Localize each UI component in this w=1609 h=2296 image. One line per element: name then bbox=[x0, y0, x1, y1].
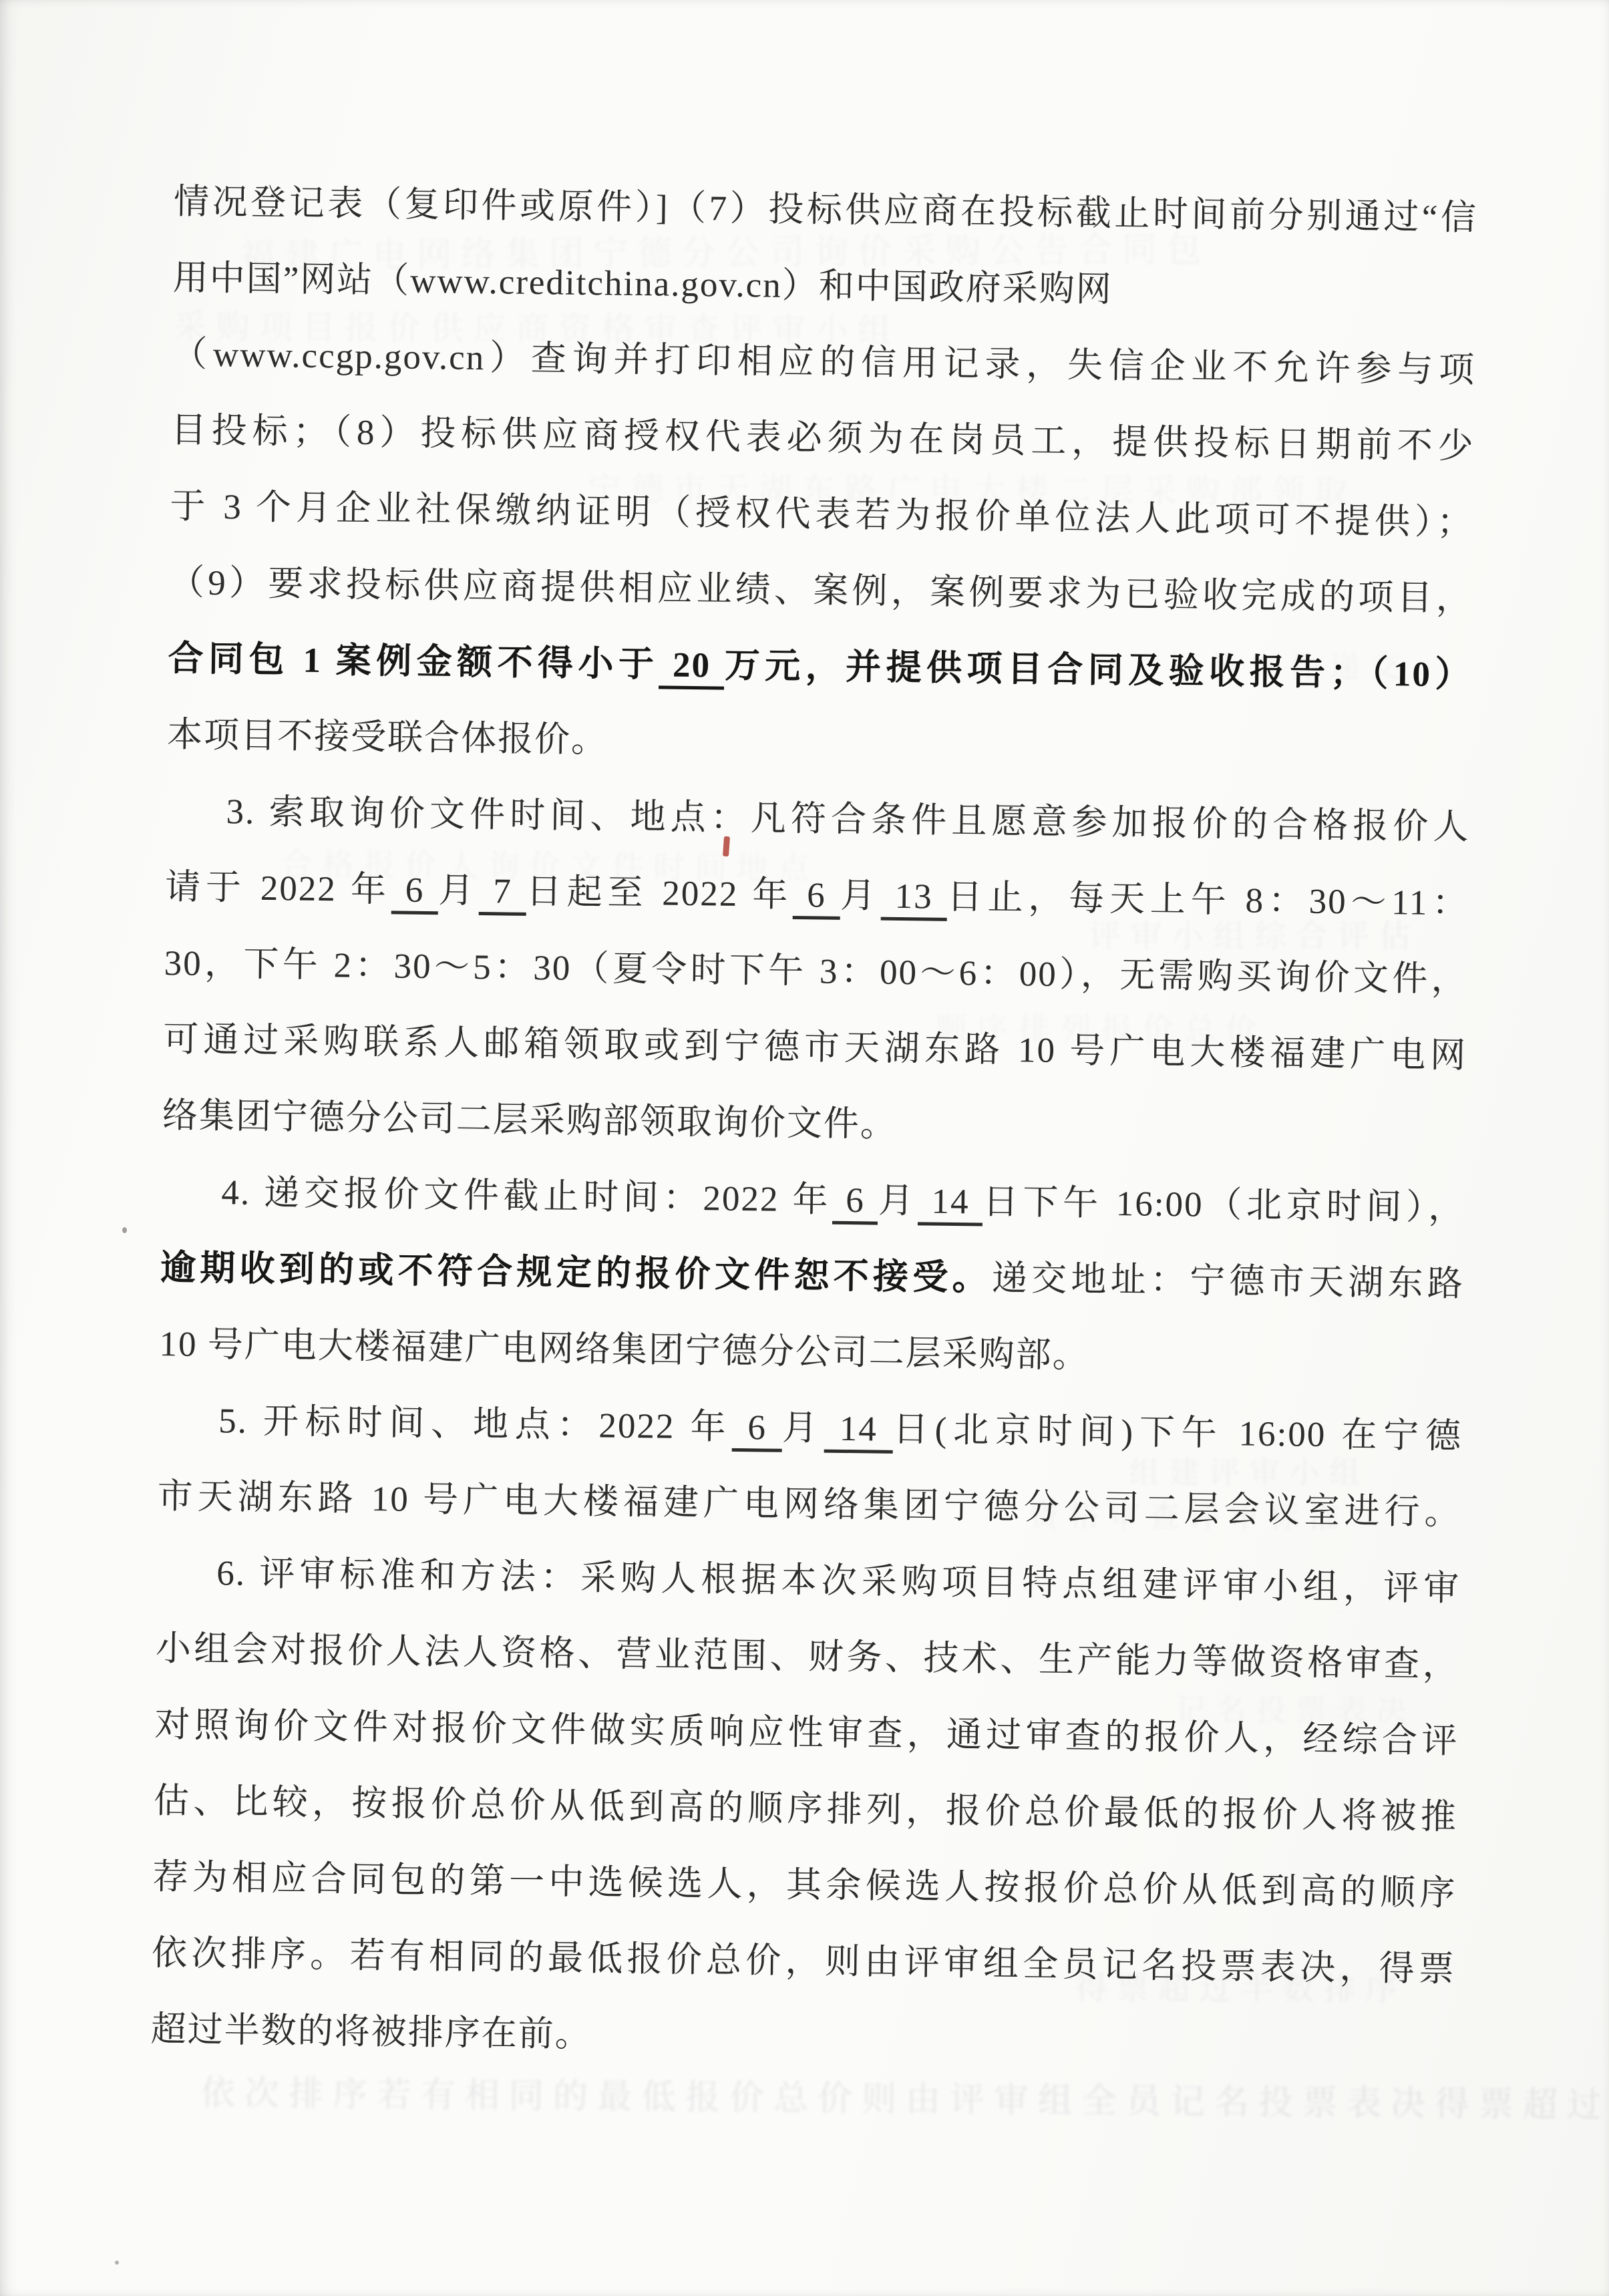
text-segment: 日止，每天上午 8：30～11： bbox=[946, 878, 1469, 923]
text-segment: 日起至 2022 年 bbox=[526, 872, 793, 915]
text-segment: 月 bbox=[782, 1409, 825, 1448]
text-segment: （www.ccgp.gov.cn）查询并打印相应的信用记录，失信企业不允许参与项 bbox=[172, 335, 1476, 390]
scan-speck bbox=[115, 2261, 119, 2265]
underlined-value: 14 bbox=[918, 1182, 983, 1226]
text-segment: 逾期收到的或不符合规定的报价文件恕不接受。 bbox=[160, 1249, 993, 1298]
document-text-block: 情况登记表（复印件或原件）]（7）投标供应商在投标截止时间前分别通过“信用中国”… bbox=[150, 164, 1478, 2084]
text-segment: 超过半数的将被排序在前。 bbox=[150, 2010, 592, 2054]
underlined-value: 20 bbox=[659, 645, 725, 689]
text-segment: 日(北京时间)下午 16:00 在宁德 bbox=[893, 1410, 1463, 1456]
text-segment: 万元，并提供项目合同及验收报告；（10） bbox=[724, 647, 1471, 695]
underlined-value: 6 bbox=[793, 876, 840, 920]
text-segment: 4. 递交报价文件截止时间：2022 年 bbox=[221, 1173, 833, 1219]
text-segment: 用中国”网站（www.creditchina.gov.cn）和中国政府采购网 bbox=[172, 259, 1113, 309]
text-segment: （9）要求投标供应商提供相应业绩、案例，案例要求为已验收完成的项目， bbox=[169, 563, 1473, 619]
text-segment: 于 3 个月企业社保缴纳证明（授权代表若为报价单位法人此项可不提供）； bbox=[170, 487, 1474, 542]
underlined-value: 14 bbox=[824, 1410, 893, 1454]
underlined-value: 13 bbox=[880, 877, 947, 921]
text-segment: 络集团宁德分公司二层采购部领取询价文件。 bbox=[162, 1096, 898, 1144]
underlined-value: 6 bbox=[391, 870, 438, 915]
text-segment: 可通过采购联系人邮箱领取或到宁德市天湖东路 10 号广电大楼福建广电网 bbox=[163, 1020, 1467, 1076]
scanned-document-page: 福建广电网络集团宁德分公司询价采购公告合同包采购项目报价供应商资格审查评审小组宁… bbox=[0, 0, 1609, 2296]
text-segment: 小组会对报价人法人资格、营业范围、财务、技术、生产能力等做资格审查， bbox=[156, 1629, 1460, 1685]
text-segment: 6. 评审标准和方法：采购人根据本次采购项目特点组建评审小组，评审 bbox=[216, 1554, 1461, 1608]
text-segment: 对照询价文件对报价文件做实质响应性审查，通过审查的报价人，经综合评 bbox=[154, 1705, 1459, 1761]
text-segment: 日下午 16:00（北京时间）， bbox=[982, 1183, 1465, 1228]
text-segment: 请于 2022 年 bbox=[165, 868, 391, 909]
text-segment: 市天湖东路 10 号广电大楼福建广电网络集团宁德分公司二层会议室进行。 bbox=[157, 1477, 1461, 1532]
underlined-value: 7 bbox=[479, 872, 526, 916]
text-segment: 月 bbox=[840, 876, 881, 916]
text-segment: 10 号广电大楼福建广电网络集团宁德分公司二层采购部。 bbox=[159, 1325, 1089, 1375]
text-segment: 估、比较，按报价总价从低到高的顺序排列，报价总价最低的报价人将被推 bbox=[154, 1782, 1458, 1837]
text-segment: 3. 索取询价文件时间、地点：凡符合条件且愿意参加报价的合格报价人 bbox=[226, 792, 1470, 846]
text-segment: 本项目不接受联合体报价。 bbox=[167, 715, 608, 760]
underlined-value: 6 bbox=[832, 1181, 878, 1225]
scan-speck bbox=[122, 1227, 127, 1233]
text-segment: 情况登记表（复印件或原件）]（7）投标供应商在投标截止时间前分别通过“信 bbox=[174, 182, 1478, 238]
text-segment: 月 bbox=[438, 871, 480, 911]
text-segment: 依次排序。若有相同的最低报价总价，则由评审组全员记名投票表决，得票 bbox=[152, 1934, 1456, 1989]
text-segment: 月 bbox=[878, 1182, 918, 1221]
text-segment: 30，下午 2：30～5：30（夏令时下午 3：00～6：00），无需购买询价文… bbox=[164, 944, 1468, 999]
text-segment: 荐为相应合同包的第一中选候选人，其余候选人按报价总价从低到高的顺序 bbox=[152, 1858, 1457, 1913]
text-segment: 目投标；（8）投标供应商授权代表必须为在岗员工，提供投标日期前不少 bbox=[170, 411, 1475, 466]
text-segment: 合同包 1 案例金额不得小于 bbox=[168, 639, 659, 684]
underlined-value: 6 bbox=[732, 1408, 782, 1452]
text-segment: 递交地址：宁德市天湖东路 bbox=[991, 1259, 1464, 1304]
text-segment: 5. 开标时间、地点：2022 年 bbox=[218, 1402, 733, 1447]
